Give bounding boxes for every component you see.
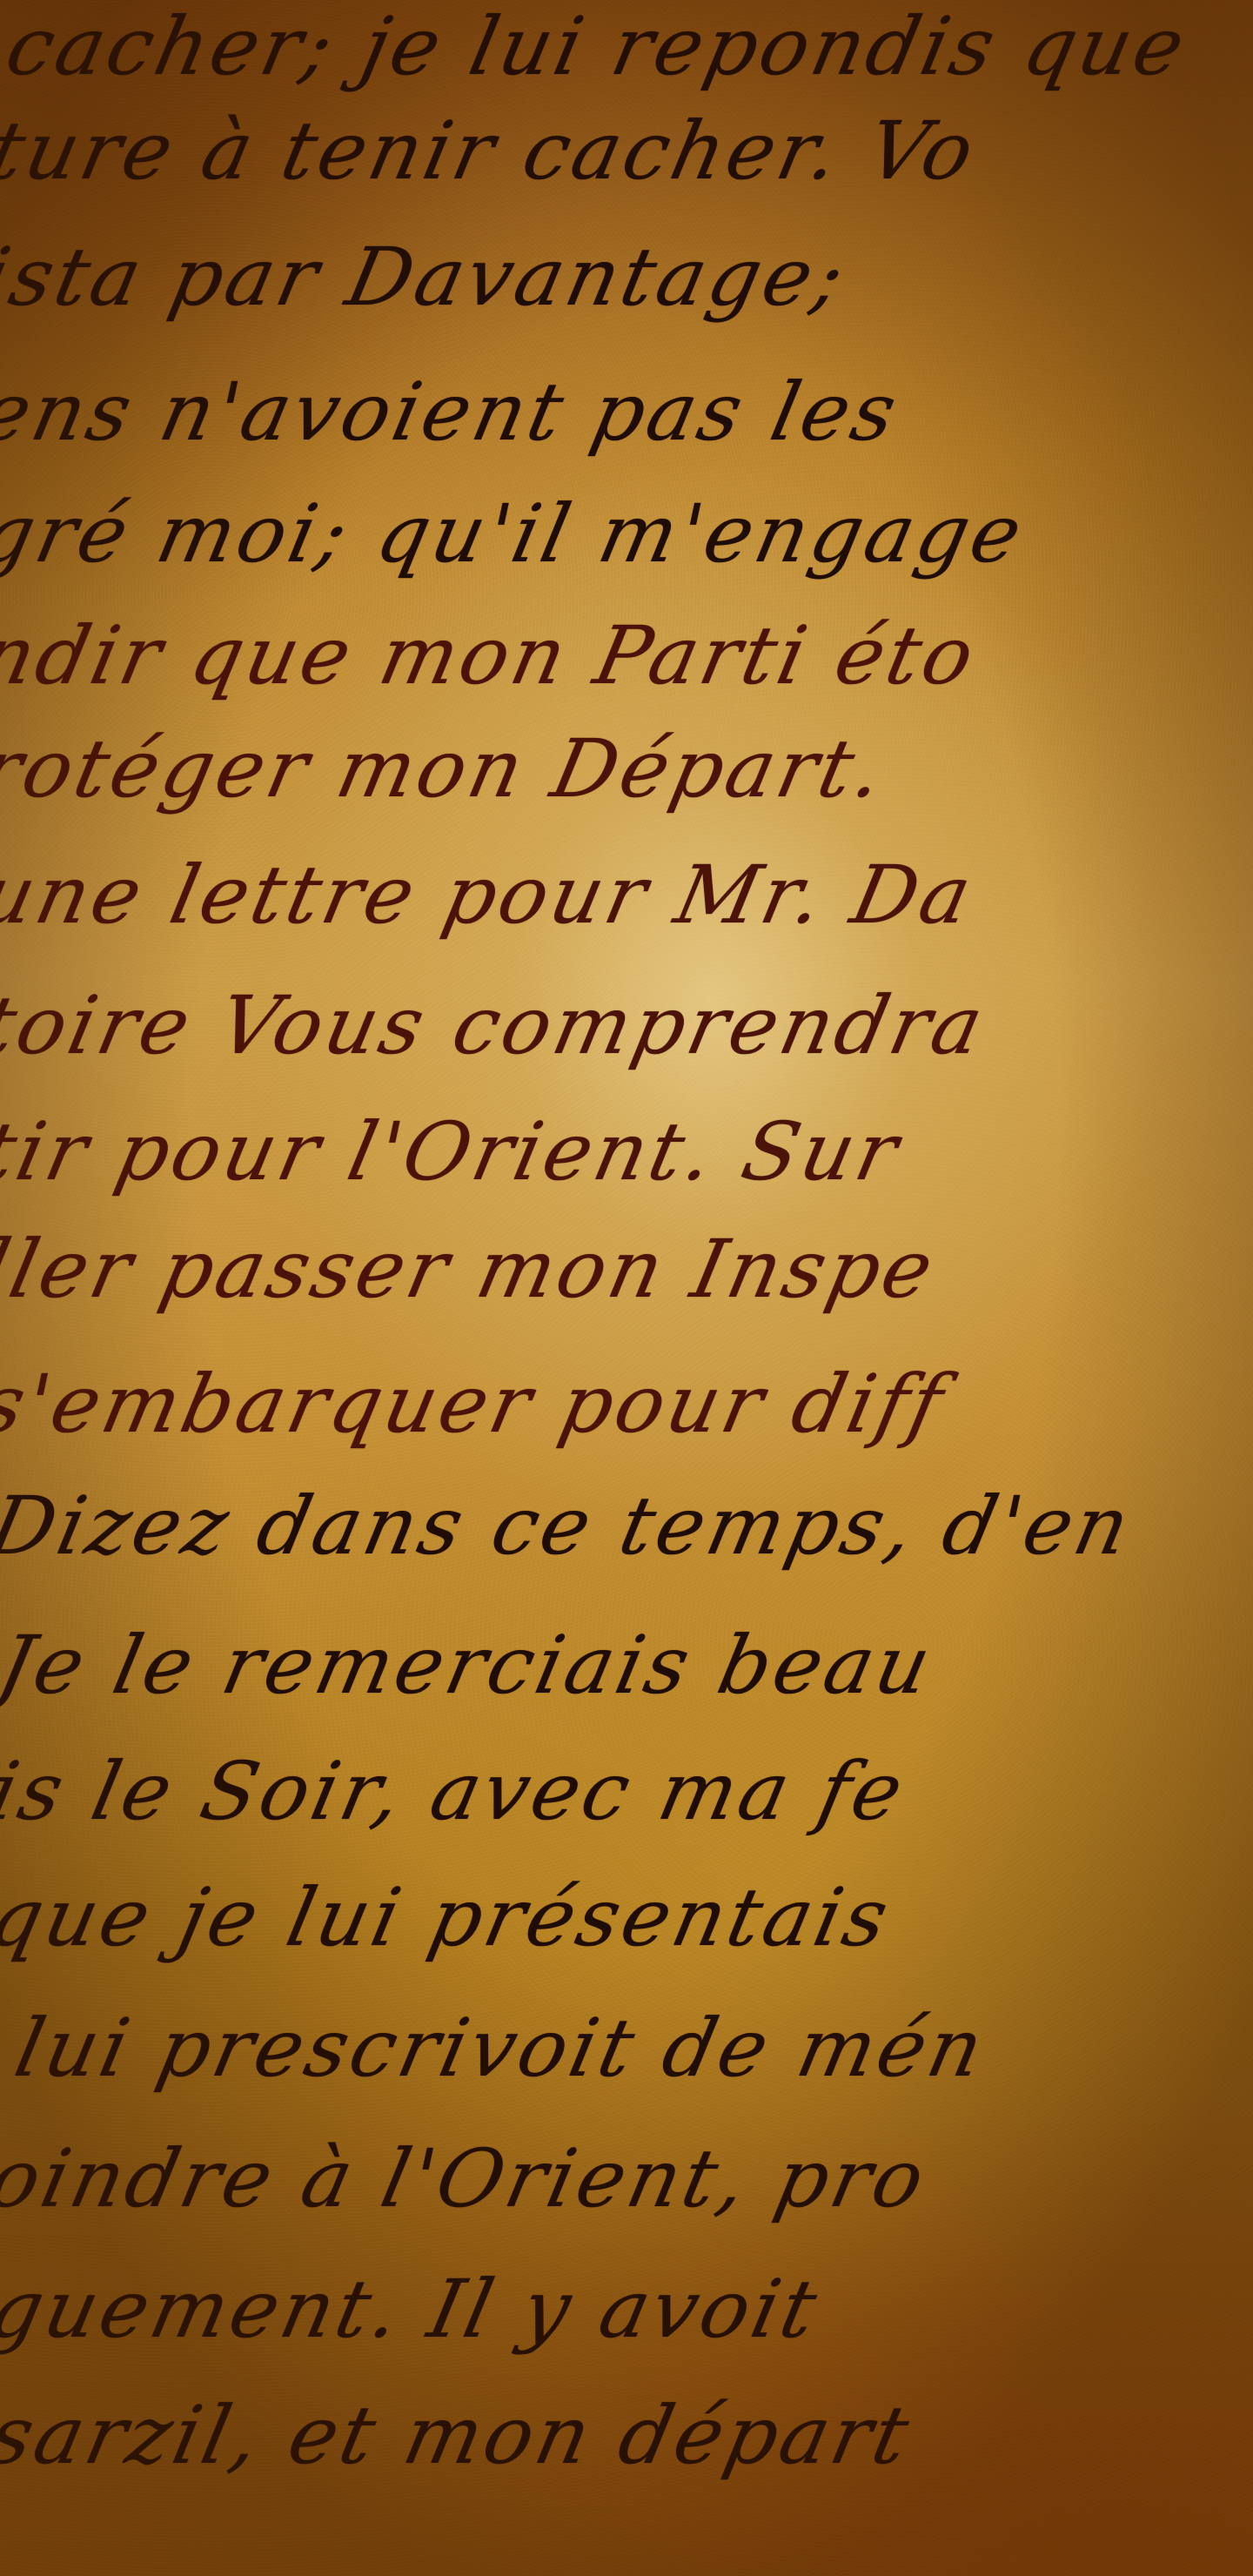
handwriting-line: sarzil, et mon départ: [0, 2389, 920, 2482]
handwriting-line: ens n'avoient pas les: [0, 366, 908, 459]
handwriting-line: tir pour l'Orient. Sur: [0, 1105, 909, 1198]
handwriting-line: lui prescrivoit de mén: [8, 2002, 995, 2095]
handwriting-line: s'embarquer pour diff: [0, 1358, 954, 1451]
handwriting-line: cacher; je lui repondis que: [0, 0, 1196, 93]
handwriting-line: ista par Davantage;: [0, 231, 855, 324]
handwriting-line: Je le remerciais beau: [0, 1619, 941, 1712]
handwriting-line: que je lui présentais: [0, 1871, 899, 1964]
handwriting-line: rotéger mon Départ.: [0, 722, 895, 815]
handwriting-line: Dizez dans ce temps, d'en: [0, 1479, 1141, 1573]
handwriting-line: oindre à l'Orient, pro: [0, 2132, 935, 2225]
handwriting-line: une lettre pour Mr. Da: [0, 849, 982, 942]
handwriting-line: ndir que mon Parti éto: [0, 609, 985, 702]
handwriting-line: is le Soir, avec ma fe: [0, 1745, 914, 1838]
handwriting-line: gré moi; qu'il m'engage: [0, 487, 1033, 580]
handwriting-line: guement. Il y avoit: [0, 2263, 828, 2356]
handwriting-line: ture à tenir cacher. Vo: [0, 104, 985, 198]
handwriting-line: toire Vous comprendra: [0, 979, 994, 1072]
handwriting-line: ller passer mon Inspe: [0, 1223, 944, 1316]
aged-parchment-letter: cacher; je lui repondis que ture à tenir…: [0, 0, 1253, 2576]
